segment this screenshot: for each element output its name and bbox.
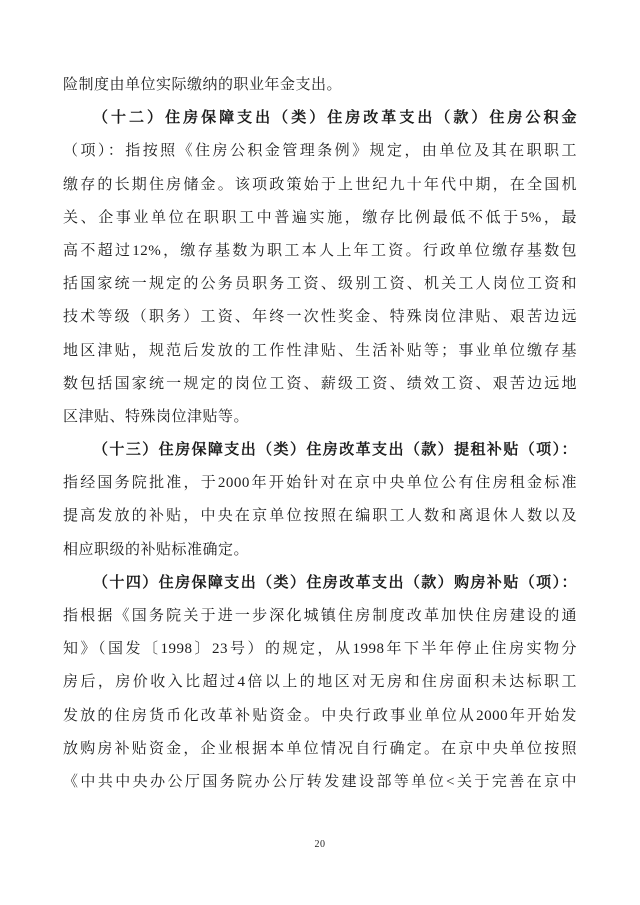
- text-line: 知》（国发〔1998〕23号）的规定，从1998年下半年停止住房实物分: [63, 633, 577, 666]
- text-line: 险制度由单位实际缴纳的职业年金支出。: [63, 69, 577, 102]
- text-line: 提高发放的补贴，中央在京单位按照在编职工人数和离退休人数以及: [63, 500, 577, 533]
- text-line: 关、企事业单位在职职工中普遍实施，缴存比例最低不低于5%，最: [63, 202, 577, 235]
- document-body: 险制度由单位实际缴纳的职业年金支出。（十二）住房保障支出（类）住房改革支出（款）…: [63, 69, 577, 799]
- text-line: 区津贴、特殊岗位津贴等。: [63, 401, 577, 434]
- text-line: 括国家统一规定的公务员职务工资、级别工资、机关工人岗位工资和: [63, 268, 577, 301]
- document-page: 险制度由单位实际缴纳的职业年金支出。（十二）住房保障支出（类）住房改革支出（款）…: [0, 0, 640, 905]
- page-number: 20: [315, 839, 326, 850]
- text-line: 地区津贴，规范后发放的工作性津贴、生活补贴等；事业单位缴存基: [63, 335, 577, 368]
- text-line: 发放的住房货币化改革补贴资金。中央行政事业单位从2000年开始发: [63, 700, 577, 733]
- text-line: 房后，房价收入比超过4倍以上的地区对无房和住房面积未达标职工: [63, 666, 577, 699]
- text-line: 数包括国家统一规定的岗位工资、薪级工资、绩效工资、艰苦边远地: [63, 368, 577, 401]
- text-line: （项）：指按照《住房公积金管理条例》规定，由单位及其在职职工: [63, 135, 577, 168]
- section-heading-line: （十四）住房保障支出（类）住房改革支出（款）购房补贴（项）：: [63, 567, 577, 600]
- text-line: 技术等级（职务）工资、年终一次性奖金、特殊岗位津贴、艰苦边远: [63, 301, 577, 334]
- text-line: 相应职级的补贴标准确定。: [63, 534, 577, 567]
- section-heading-line: （十三）住房保障支出（类）住房改革支出（款）提租补贴（项）：: [63, 434, 577, 467]
- text-line: 缴存的长期住房储金。该项政策始于上世纪九十年代中期，在全国机: [63, 169, 577, 202]
- text-line: 放购房补贴资金，企业根据本单位情况自行确定。在京中央单位按照: [63, 733, 577, 766]
- text-line: 指经国务院批准，于2000年开始针对在京中央单位公有住房租金标准: [63, 467, 577, 500]
- text-line: 高不超过12%，缴存基数为职工本人上年工资。行政单位缴存基数包: [63, 235, 577, 268]
- page-footer: 20: [0, 834, 640, 852]
- section-heading-line: （十二）住房保障支出（类）住房改革支出（款）住房公积金: [63, 102, 577, 135]
- text-line: 指根据《国务院关于进一步深化城镇住房制度改革加快住房建设的通: [63, 600, 577, 633]
- text-line: 《中共中央办公厅国务院办公厅转发建设部等单位<关于完善在京中: [63, 766, 577, 799]
